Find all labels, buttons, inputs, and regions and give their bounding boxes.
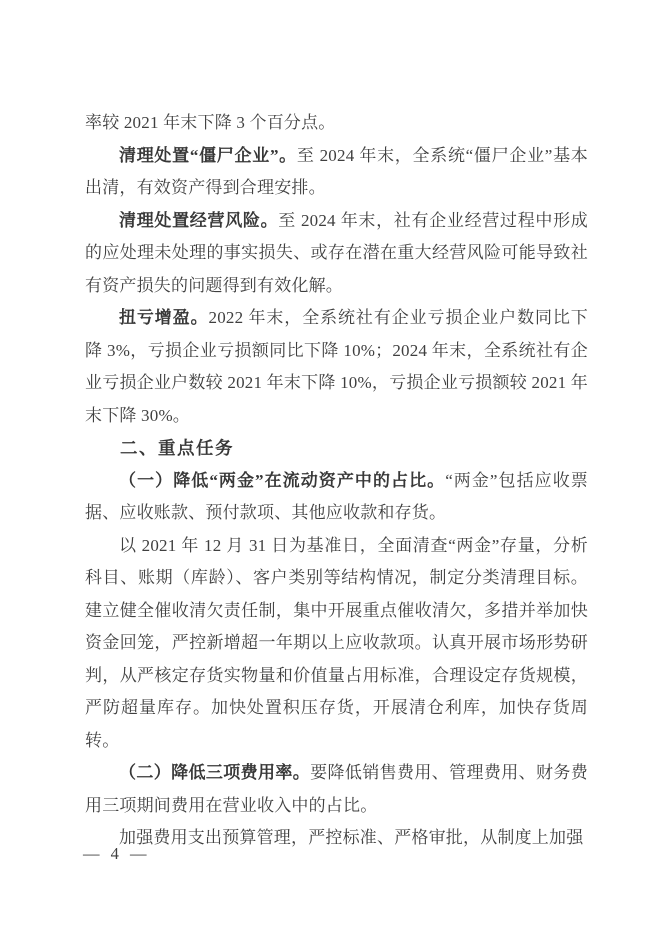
paragraph: （一）降低“两金”在流动资产中的占比。“两金”包括应收票据、应收账款、预付款项、… bbox=[85, 465, 588, 530]
section-heading: 二、重点任务 bbox=[85, 432, 588, 465]
page-number: — 4 — bbox=[83, 844, 147, 864]
paragraph: 清理处置“僵尸企业”。至 2024 年末，全系统“僵尸企业”基本出清，有效资产得… bbox=[85, 140, 588, 205]
body-text: 以 2021 年 12 月 31 日为基准日，全面清查“两金”存量，分析科目、账… bbox=[85, 536, 588, 750]
paragraph: 清理处置经营风险。至 2024 年末，社有企业经营过程中形成的应处理未处理的事实… bbox=[85, 205, 588, 303]
document-body: 率较 2021 年末下降 3 个百分点。清理处置“僵尸企业”。至 2024 年末… bbox=[85, 107, 588, 855]
emphasis-text: 扭亏增盈。 bbox=[119, 308, 209, 327]
emphasis-text: （一）降低“两金”在流动资产中的占比。 bbox=[119, 471, 445, 490]
paragraph: 以 2021 年 12 月 31 日为基准日，全面清查“两金”存量，分析科目、账… bbox=[85, 530, 588, 758]
emphasis-text: 清理处置经营风险。 bbox=[119, 211, 278, 230]
paragraph: 扭亏增盈。2022 年末，全系统社有企业亏损企业户数同比下降 3%，亏损企业亏损… bbox=[85, 302, 588, 432]
body-text: 率较 2021 年末下降 3 个百分点。 bbox=[85, 113, 336, 132]
paragraph: （二）降低三项费用率。要降低销售费用、管理费用、财务费用三项期间费用在营业收入中… bbox=[85, 757, 588, 822]
emphasis-text: （二）降低三项费用率。 bbox=[119, 763, 310, 782]
emphasis-text: 二、重点任务 bbox=[120, 438, 234, 458]
document-page: 率较 2021 年末下降 3 个百分点。清理处置“僵尸企业”。至 2024 年末… bbox=[0, 0, 662, 936]
paragraph: 率较 2021 年末下降 3 个百分点。 bbox=[85, 107, 588, 140]
paragraph: 加强费用支出预算管理，严控标准、严格审批，从制度上加强 bbox=[85, 822, 588, 855]
body-text: 加强费用支出预算管理，严控标准、严格审批，从制度上加强 bbox=[119, 828, 583, 847]
emphasis-text: 清理处置“僵尸企业”。 bbox=[119, 146, 297, 165]
